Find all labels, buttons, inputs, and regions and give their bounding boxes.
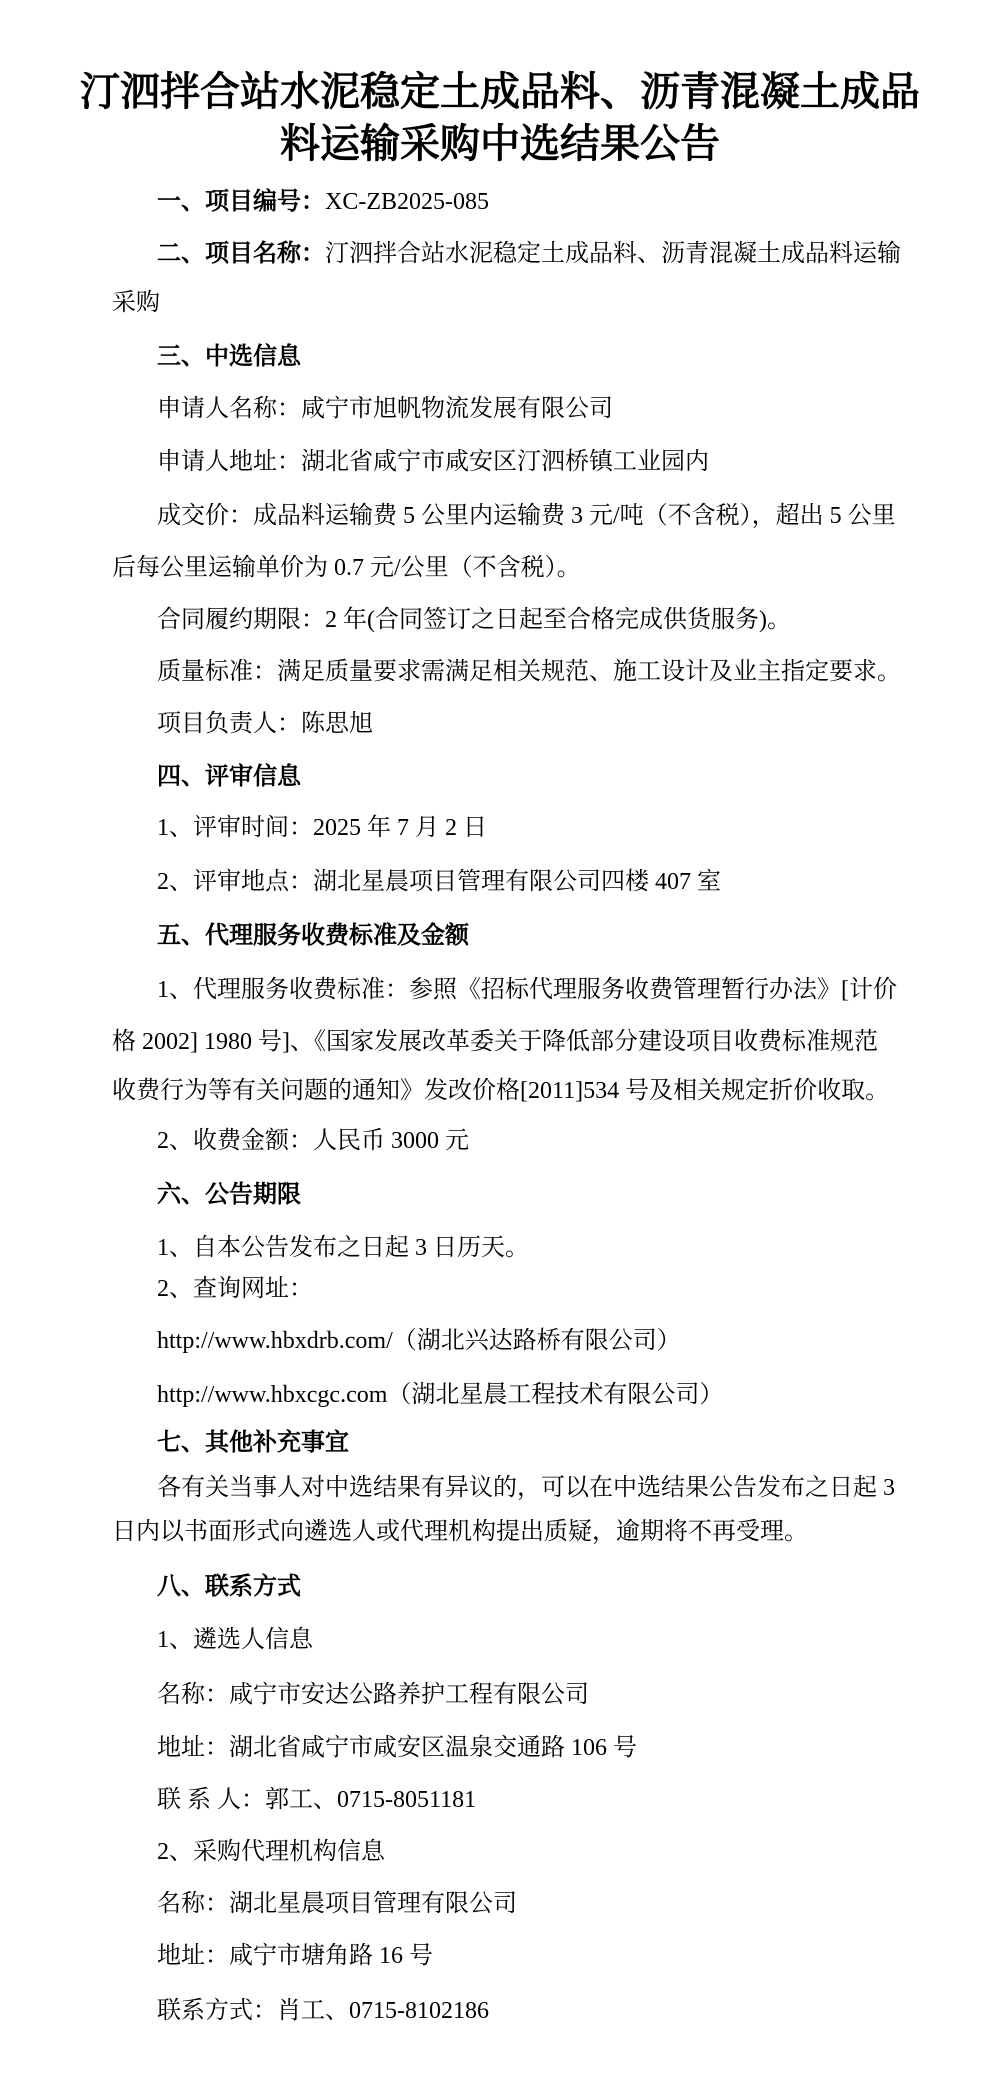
agency-contact-line: 联系方式：肖工、0715-8102186	[157, 1996, 489, 2026]
project-name-value: 汀泗拌合站水泥稳定土成品料、沥青混凝土成品料运输	[325, 241, 901, 267]
section-agency-fee-heading: 五、代理服务收费标准及金额	[157, 921, 469, 951]
project-manager-line: 项目负责人：陈思旭	[157, 709, 373, 739]
query-url-line-2: http://www.hbxcgc.com（湖北星晨工程技术有限公司）	[157, 1380, 723, 1410]
review-time-line: 1、评审时间：2025 年 7 月 2 日	[157, 813, 487, 843]
section-other-matters-heading: 七、其他补充事宜	[157, 1428, 349, 1458]
section-contact-heading: 八、联系方式	[157, 1572, 301, 1602]
section-announcement-period-heading: 六、公告期限	[157, 1180, 301, 1210]
agency-fee-standard-line-2: 格 2002] 1980 号]、《国家发展改革委关于降低部分建设项目收费标准规范	[112, 1027, 878, 1057]
project-name-label: 二、项目名称：	[157, 241, 325, 267]
selector-contact-line: 联 系 人：郭工、0715-8051181	[157, 1785, 476, 1815]
fee-amount-line: 2、收费金额：人民币 3000 元	[157, 1126, 469, 1156]
agency-name-line: 名称：湖北星晨项目管理有限公司	[157, 1889, 517, 1919]
deal-price-line-1: 成交价：成品料运输费 5 公里内运输费 3 元/吨（不含税），超出 5 公里	[157, 501, 896, 531]
announcement-period-line: 1、自本公告发布之日起 3 日历天。	[157, 1233, 529, 1263]
query-url-label-line: 2、查询网址：	[157, 1274, 313, 1304]
quality-standard-line: 质量标准：满足质量要求需满足相关规范、施工设计及业主指定要求。	[157, 657, 901, 687]
agency-fee-standard-line-3: 收费行为等有关问题的通知》发改价格[2011]534 号及相关规定折价收取。	[112, 1076, 889, 1106]
agency-address-line: 地址：咸宁市塘角路 16 号	[157, 1941, 433, 1971]
objection-notice-line-1: 各有关当事人对中选结果有异议的，可以在中选结果公告发布之日起 3	[157, 1473, 895, 1503]
selector-info-heading-line: 1、遴选人信息	[157, 1625, 313, 1655]
section-review-info-heading: 四、评审信息	[157, 762, 301, 792]
section-selection-info-heading: 三、中选信息	[157, 342, 301, 372]
project-number-line: 一、项目编号：XC-ZB2025-085	[157, 187, 489, 217]
project-name-line: 二、项目名称：汀泗拌合站水泥稳定土成品料、沥青混凝土成品料运输	[157, 239, 901, 269]
objection-notice-line-2: 日内以书面形式向遴选人或代理机构提出质疑，逾期将不再受理。	[112, 1517, 808, 1547]
document-title-line-2: 料运输采购中选结果公告	[0, 120, 1000, 168]
agency-info-heading-line: 2、采购代理机构信息	[157, 1837, 385, 1867]
project-number-label: 一、项目编号：	[157, 189, 325, 215]
applicant-address-line: 申请人地址：湖北省咸宁市咸安区汀泗桥镇工业园内	[157, 447, 709, 477]
review-place-line: 2、评审地点：湖北星晨项目管理有限公司四楼 407 室	[157, 867, 721, 897]
document-title-line-1: 汀泗拌合站水泥稳定土成品料、沥青混凝土成品	[0, 68, 1000, 116]
contract-term-line: 合同履约期限：2 年(合同签订之日起至合格完成供货服务)。	[157, 605, 791, 635]
selector-name-line: 名称：咸宁市安达公路养护工程有限公司	[157, 1680, 589, 1710]
project-name-wrap-line: 采购	[112, 288, 160, 318]
announcement-document: 汀泗拌合站水泥稳定土成品料、沥青混凝土成品 料运输采购中选结果公告 一、项目编号…	[0, 0, 1000, 2097]
project-number-value: XC-ZB2025-085	[325, 189, 489, 215]
deal-price-line-2: 后每公里运输单价为 0.7 元/公里（不含税）。	[112, 553, 581, 583]
agency-fee-standard-line-1: 1、代理服务收费标准：参照《招标代理服务收费管理暂行办法》[计价	[157, 975, 897, 1005]
selector-address-line: 地址：湖北省咸宁市咸安区温泉交通路 106 号	[157, 1733, 637, 1763]
applicant-name-line: 申请人名称：咸宁市旭帆物流发展有限公司	[157, 394, 613, 424]
query-url-line-1: http://www.hbxdrb.com/（湖北兴达路桥有限公司）	[157, 1326, 681, 1356]
